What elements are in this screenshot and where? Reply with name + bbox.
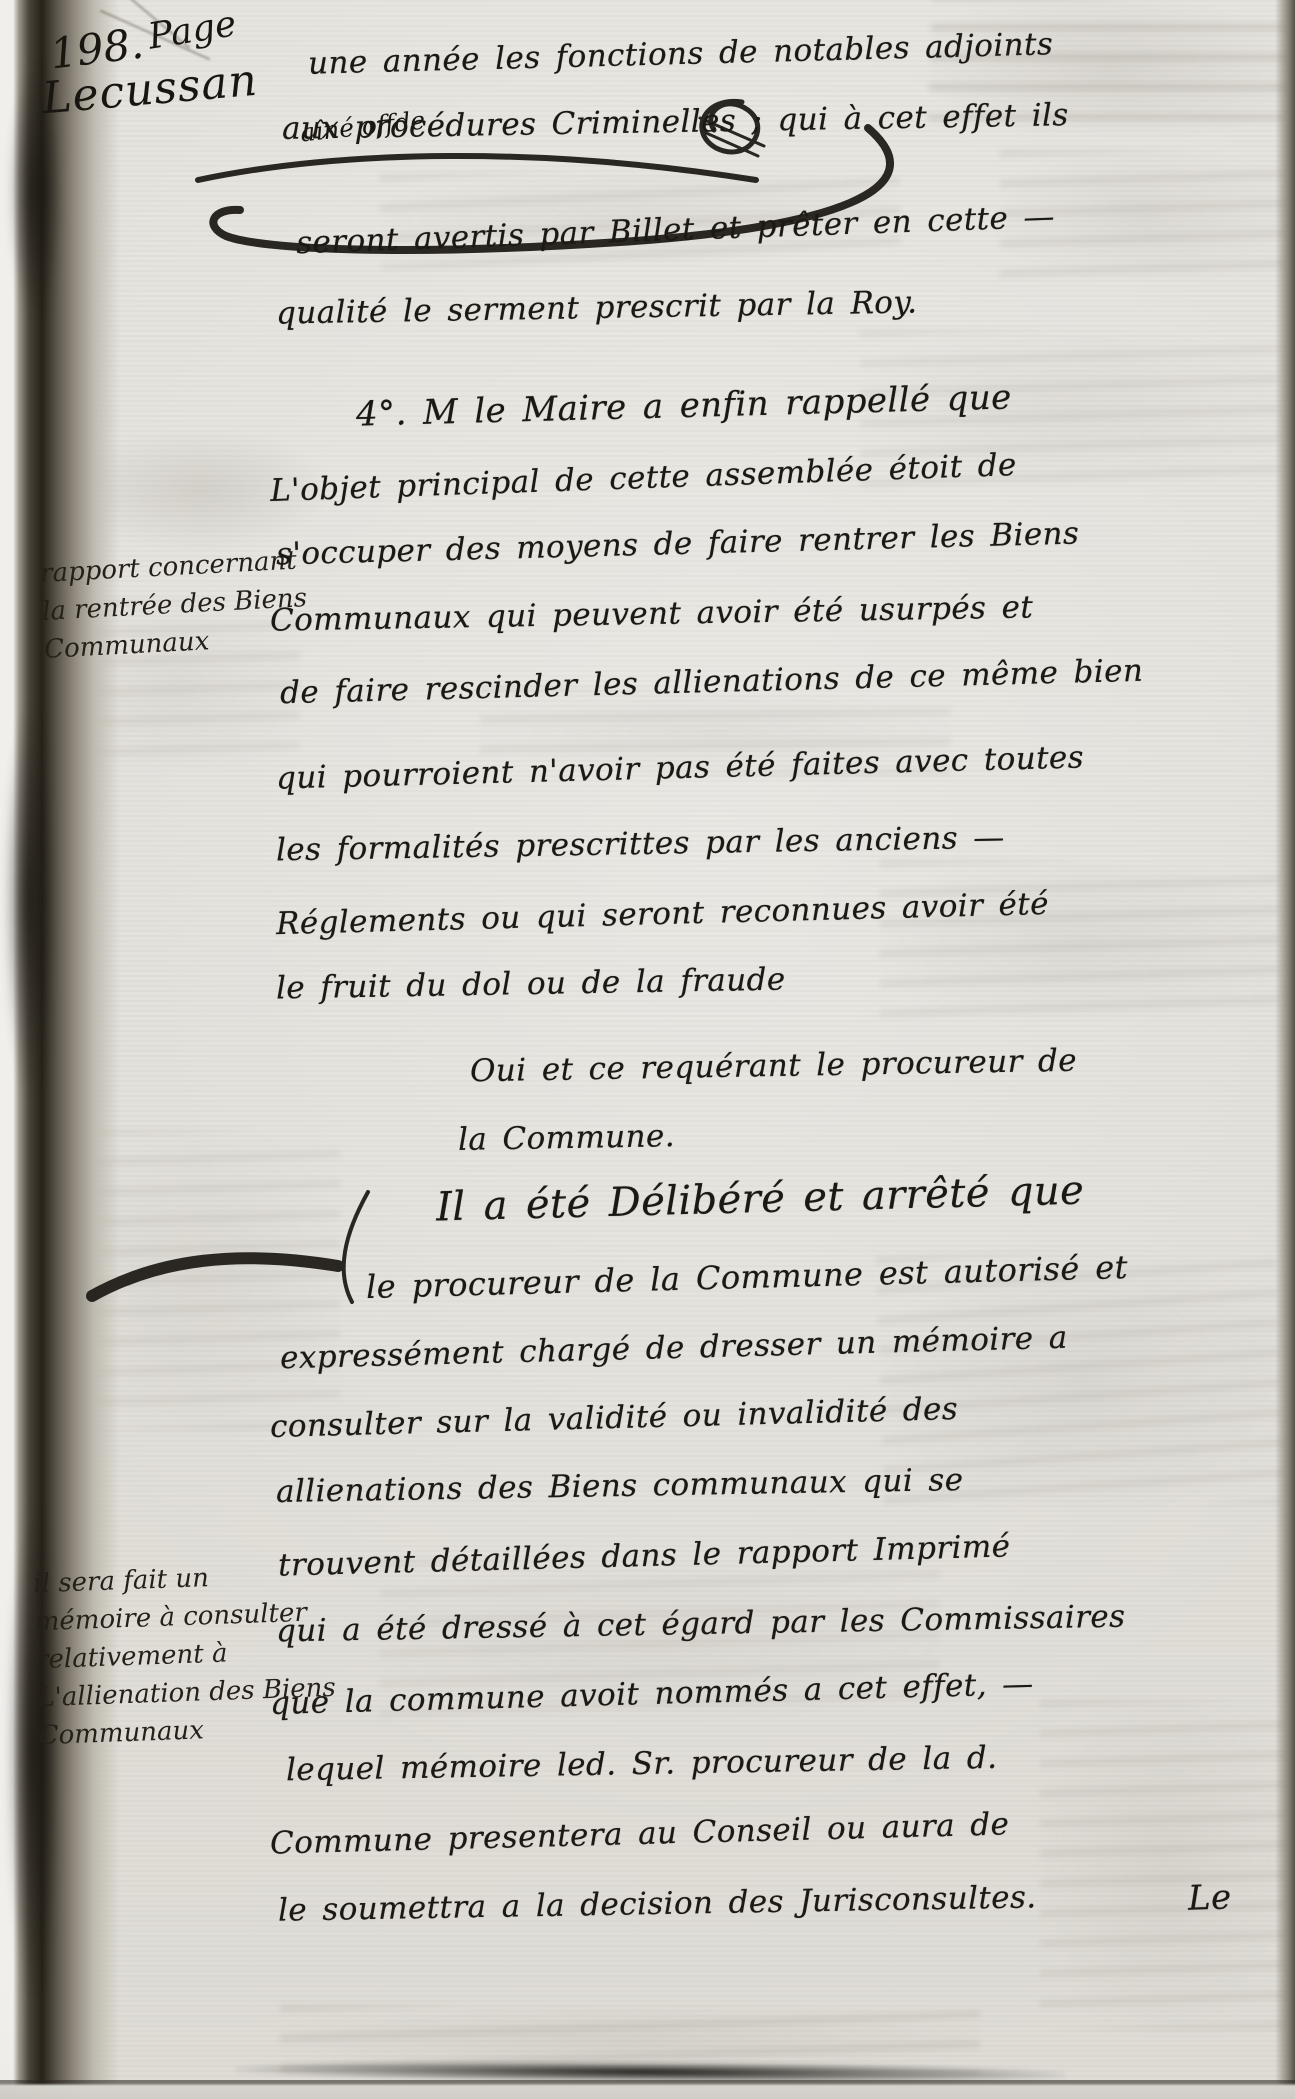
body-line: une année les fonctions de notables adjo…	[308, 26, 1054, 81]
body-line: de faire rescinder les allienations de c…	[280, 653, 1144, 712]
bottom-next-page	[0, 2080, 1295, 2099]
body-line: lequel mémoire led. Sr. procureur de la …	[286, 1740, 998, 1788]
body-line: s'occuper des moyens de faire rentrer le…	[276, 515, 1080, 572]
body-line: qualité le serment prescrit par la Roy.	[276, 284, 918, 331]
body-line: allienations des Biens communaux qui se	[276, 1462, 964, 1510]
body-line: expressément chargé de dresser un mémoir…	[280, 1320, 1068, 1377]
bleed-smudge	[1040, 1700, 1290, 2030]
catchword: Le	[1187, 1877, 1232, 1918]
body-line: la Commune.	[458, 1118, 676, 1158]
body-line: consulter sur la validité ou invalidité …	[270, 1391, 959, 1445]
margin-note: il sera fait un mémoire à consulter rela…	[33, 1555, 338, 1755]
body-line: aux procédures Criminelles ; qui à cet e…	[282, 97, 1069, 147]
body-line: Réglements ou qui seront reconnues avoir…	[276, 886, 1050, 942]
right-page-edge	[1275, 0, 1295, 2099]
body-line: seront avertis par Billet et prêter en c…	[296, 199, 1056, 261]
body-line: Il a été Délibéré et arrêté que	[436, 1168, 1085, 1231]
body-line: Communaux qui peuvent avoir été usurpés …	[270, 589, 1034, 638]
binding-stain	[4, 700, 54, 1100]
manuscript-page-scan: Page 198. Lecussan aîné offde rapport co…	[0, 0, 1295, 2099]
bleed-smudge	[880, 860, 1280, 1020]
body-line: L'objet principal de cette assemblée éto…	[270, 447, 1018, 509]
body-line: le soumettra a la decision des Juriscons…	[278, 1879, 1037, 1928]
body-line: que la commune avoit nommés a cet effet,…	[270, 1666, 1034, 1722]
body-line: les formalités prescrittes par les ancie…	[276, 820, 1005, 869]
body-line: le fruit du dol ou de la fraude	[276, 962, 786, 1007]
body-line: trouvent détaillées dans le rapport Impr…	[278, 1528, 1011, 1583]
body-line: le procureur de la Commune est autorisé …	[366, 1248, 1129, 1306]
body-line: qui a été dressé à cet égard par les Com…	[276, 1599, 1126, 1650]
body-line: 4°. M le Maire a enfin rappellé que	[356, 377, 1013, 434]
page-label: Page	[145, 3, 239, 57]
body-line: qui pourroient n'avoir pas été faites av…	[276, 739, 1085, 796]
body-line: Oui et ce requérant le procureur de	[470, 1043, 1078, 1090]
body-line: Commune presentera au Conseil ou aura de	[270, 1806, 1010, 1861]
